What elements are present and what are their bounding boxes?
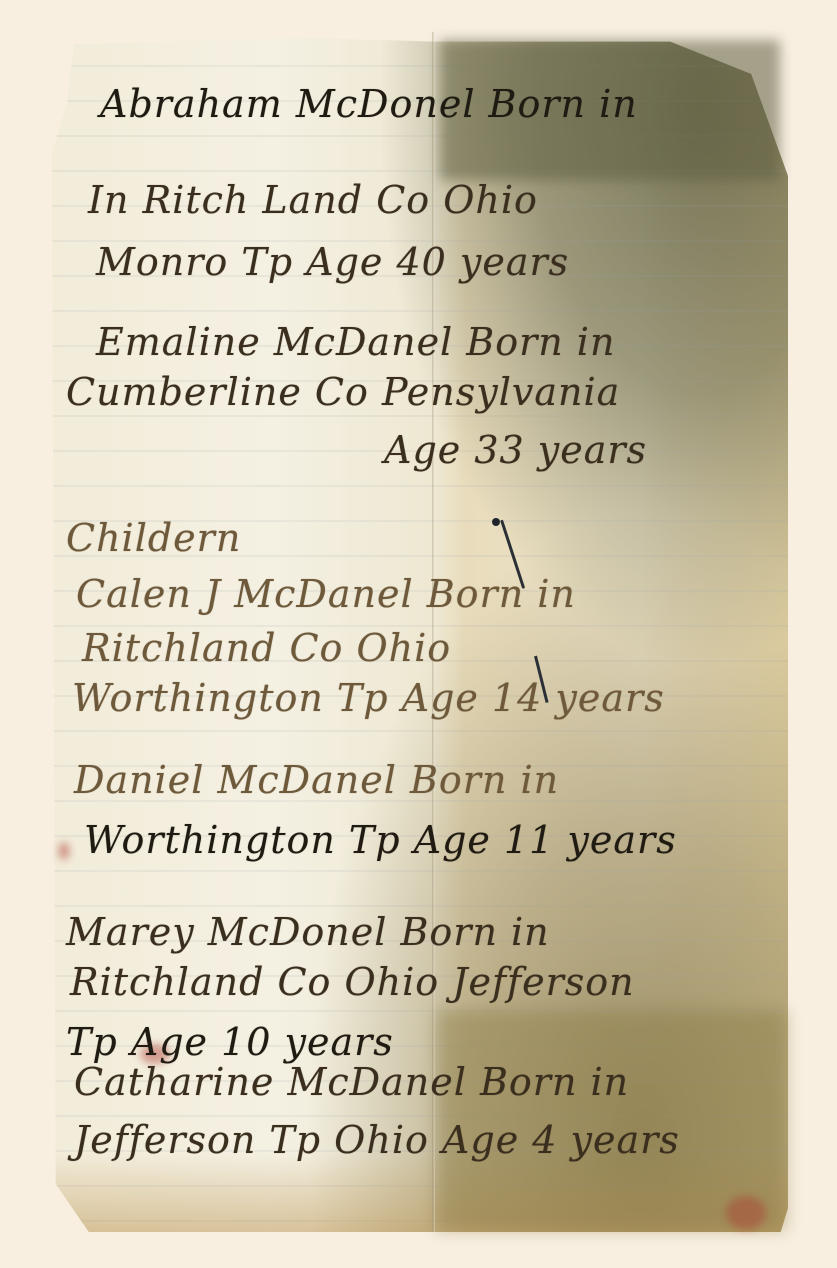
line-emaline-age: Age 33 years [384,428,647,472]
line-marey-age: Tp Age 10 years [66,1020,394,1064]
line-abraham-age: Monro Tp Age 40 years [96,240,569,284]
line-emaline-county: Cumberline Co Pensylvania [66,370,620,414]
handwritten-text: Abraham McDonel Born in In Ritch Land Co… [0,0,837,1268]
line-calen-name: Calen J McDanel Born in [76,572,576,616]
line-abraham-name: Abraham McDonel Born in [100,82,638,126]
line-catharine-name: Catharine McDanel Born in [74,1060,629,1104]
line-emaline-name: Emaline McDanel Born in [96,320,615,364]
line-calen-county: Ritchland Co Ohio [82,626,451,670]
heading-children: Childern [66,516,241,560]
line-abraham-county: In Ritch Land Co Ohio [88,178,538,222]
line-marey-county: Ritchland Co Ohio Jefferson [70,960,635,1004]
line-marey-name: Marey McDonel Born in [66,910,550,954]
line-calen-age: Worthington Tp Age 14 years [72,676,665,720]
line-catharine-age: Jefferson Tp Ohio Age 4 years [74,1118,680,1162]
line-daniel-name: Daniel McDanel Born in [74,758,559,802]
line-daniel-age: Worthington Tp Age 11 years [84,818,677,862]
